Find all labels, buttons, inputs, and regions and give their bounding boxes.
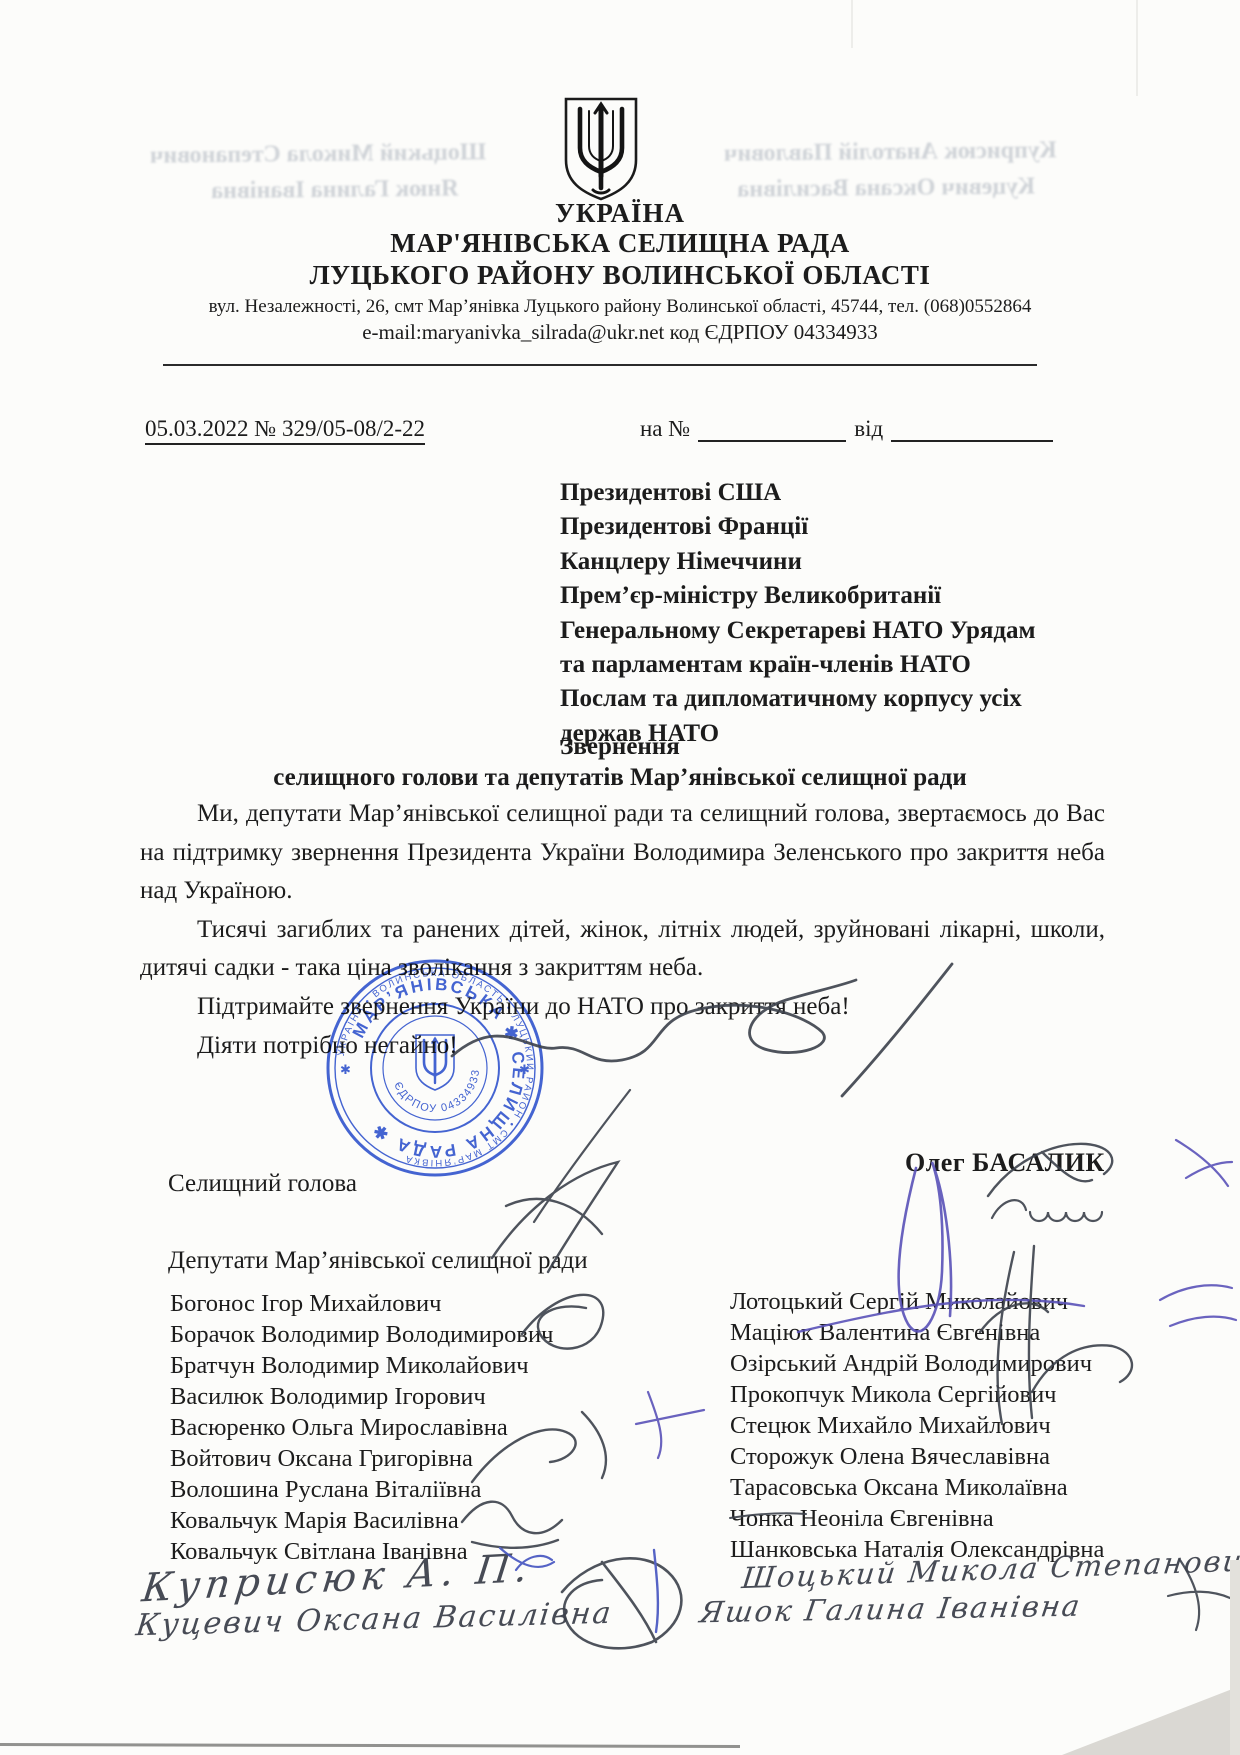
deputy-name: Маціюк Валентина Євгенівна bbox=[730, 1317, 1104, 1348]
stamp-star: ✱ bbox=[519, 1062, 530, 1077]
svg-text:МАР’ЯНІВСЬКА ✱ СЕЛИЩНА РАДА: МАР’ЯНІВСЬКА ✱ СЕЛИЩНА РАДА ✱ bbox=[349, 975, 529, 1161]
scan-edge-shadow bbox=[1230, 1560, 1240, 1755]
deputy-name: Озірський Андрій Володимирович bbox=[730, 1348, 1104, 1379]
deputy-name: Ковальчук Марія Василівна bbox=[170, 1505, 553, 1536]
recipient-line: Прем’єр-міністру Великобританії bbox=[560, 579, 1036, 613]
head-name: Олег БАСАЛИК bbox=[905, 1148, 1105, 1178]
bleedthrough-line: Куприсюк Анатолій Павлович bbox=[724, 132, 1057, 171]
stamp-star: ✱ bbox=[340, 1062, 351, 1077]
deputy-name: Василюк Володимир Ігорович bbox=[170, 1381, 553, 1412]
outgoing-number: 05.03.2022 № 329/05-08/2-22 bbox=[145, 416, 425, 445]
deputies-heading: Депутати Мар’янівської селищної ради bbox=[168, 1247, 588, 1275]
recipient-line: Генеральному Секретареві НАТО Урядам bbox=[560, 614, 1036, 648]
letterhead-divider bbox=[163, 364, 1037, 366]
incoming-reference: на № від bbox=[640, 416, 1053, 442]
stamp-ring-text: МАР’ЯНІВСЬКА ✱ СЕЛИЩНА РАДА ✱ bbox=[349, 975, 529, 1161]
scan-corner-shadow bbox=[1062, 1686, 1240, 1755]
recipient-line: Президентові Франції bbox=[560, 510, 1036, 544]
recipient-line: Канцлеру Німеччини bbox=[560, 545, 1036, 579]
deputy-name: Стецюк Михайло Михайлович bbox=[730, 1410, 1104, 1441]
deputy-name: Братчун Володимир Миколайович bbox=[170, 1350, 553, 1381]
scan-crease bbox=[851, 0, 853, 48]
letterhead-org-region: ЛУЦЬКОГО РАЙОНУ ВОЛИНСЬКОЇ ОБЛАСТІ bbox=[0, 260, 1240, 291]
incoming-date-blank bbox=[891, 416, 1053, 442]
handwritten-name: Яшок Галина Іванівна bbox=[698, 1589, 1084, 1630]
letterhead-country: УКРАЇНА bbox=[0, 198, 1240, 229]
deputy-name: Тарасовська Оксана Миколаївна bbox=[730, 1472, 1104, 1503]
deputy-name: Богонос Ігор Михайлович bbox=[170, 1288, 553, 1319]
deputy-name: Борачок Володимир Володимирович bbox=[170, 1319, 553, 1350]
appeal-paragraph: Тисячі загиблих та ранених дітей, жінок,… bbox=[140, 911, 1105, 988]
recipient-line: Президентові США bbox=[560, 476, 1036, 510]
deputies-right-column: Лотоцький Сергій Миколайович Маціюк Вале… bbox=[730, 1286, 1104, 1565]
deputy-name: Прокопчук Микола Сергійович bbox=[730, 1379, 1104, 1410]
incoming-number-blank bbox=[698, 416, 846, 442]
signature-stroke bbox=[636, 1392, 704, 1458]
signature-stroke bbox=[1176, 1140, 1232, 1186]
recipient-line: Послам та дипломатичному корпусу усіх bbox=[560, 682, 1036, 716]
deputy-name: Волошина Руслана Віталіївна bbox=[170, 1474, 553, 1505]
appeal-paragraph: Ми, депутати Мар’янівської селищної ради… bbox=[140, 795, 1105, 911]
appeal-body: Ми, депутати Мар’янівської селищної ради… bbox=[140, 795, 1105, 1065]
appeal-paragraph: Діяти потрібно негайно! bbox=[140, 1027, 1105, 1066]
letterhead-address: вул. Незалежності, 26, смт Мар’янівка Лу… bbox=[0, 296, 1240, 318]
letterhead-contact: e-mail:maryanivka_silrada@ukr.net код ЄД… bbox=[0, 320, 1240, 345]
deputy-name: Сторожук Олена Вячеславівна bbox=[730, 1441, 1104, 1472]
stamp-trident-icon bbox=[416, 1035, 454, 1090]
incoming-number-label: на № bbox=[640, 416, 690, 442]
signature-stroke bbox=[992, 1200, 1102, 1221]
deputy-name: Чонка Неоніла Євгенівна bbox=[730, 1503, 1104, 1534]
scanned-letter-page: Шоцький Микола Степанович Янюк Галина Ів… bbox=[0, 0, 1240, 1755]
letterhead-org-name: МАР'ЯНІВСЬКА СЕЛИЩНА РАДА bbox=[0, 228, 1240, 259]
deputy-name: Войтович Оксана Григорівна bbox=[170, 1443, 553, 1474]
bleedthrough-line: Шоцький Микола Степанович bbox=[150, 134, 487, 174]
incoming-date-label: від bbox=[854, 416, 883, 442]
scan-crease bbox=[1136, 0, 1138, 96]
council-seal-stamp: УКРАЇНА • ВОЛИНСЬКА ОБЛАСТЬ • ЛУЦЬКИЙ РА… bbox=[313, 946, 557, 1190]
appeal-subtitle: селищного голови та депутатів Мар’янівсь… bbox=[0, 764, 1240, 792]
appeal-title: Звернення bbox=[0, 733, 1240, 761]
signature-stroke bbox=[1160, 1285, 1236, 1326]
recipients-block: Президентові США Президентові Франції Ка… bbox=[560, 476, 1036, 751]
signature-stroke bbox=[654, 1550, 658, 1632]
appeal-paragraph: Підтримайте звернення України до НАТО пр… bbox=[140, 988, 1105, 1027]
deputies-left-column: Богонос Ігор Михайлович Борачок Володими… bbox=[170, 1288, 553, 1567]
scan-edge-shadow bbox=[0, 1743, 740, 1748]
deputy-name: Васюренко Ольга Мирославівна bbox=[170, 1412, 553, 1443]
bleedthrough-right-block: Куприсюк Анатолій Павлович Куцевич Оксан… bbox=[724, 132, 1058, 207]
ukraine-trident-emblem bbox=[561, 96, 641, 202]
recipient-line: та парламентам країн-членів НАТО bbox=[560, 648, 1036, 682]
deputy-name: Лотоцький Сергій Миколайович bbox=[730, 1286, 1104, 1317]
